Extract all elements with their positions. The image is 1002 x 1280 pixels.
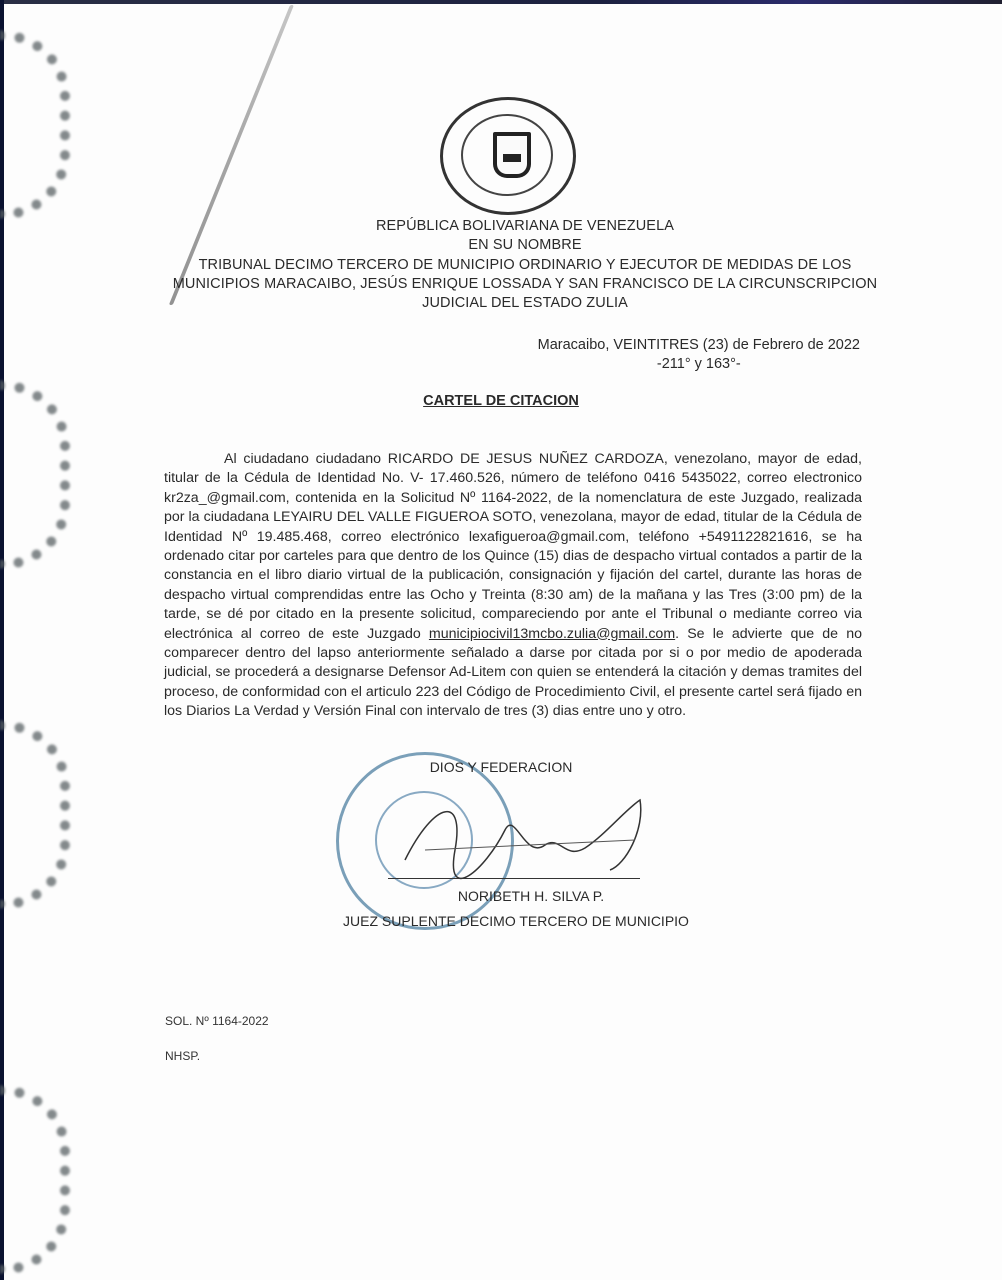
date-line: Maracaibo, VEINTITRES (23) de Febrero de… <box>538 336 860 355</box>
era-line: -211° y 163°- <box>538 355 860 374</box>
date-block: Maracaibo, VEINTITRES (23) de Febrero de… <box>538 336 860 374</box>
document-header: REPÚBLICA BOLIVARIANA DE VENEZUELA EN SU… <box>150 218 900 318</box>
signer-name: NORIBETH H. SILVA P. <box>0 888 1002 904</box>
title-text: CARTEL DE CITACION <box>423 393 579 409</box>
header-en-su-nombre: EN SU NOMBRE <box>150 237 900 253</box>
punch-hole-mark <box>0 30 70 210</box>
scan-top-edge <box>0 0 1002 4</box>
body-paragraph: Al ciudadano ciudadano RICARDO DE JESUS … <box>164 450 862 722</box>
header-municipios: MUNICIPIOS MARACAIBO, JESÚS ENRIQUE LOSS… <box>150 276 900 292</box>
solicitud-ref: SOL. Nº 1164-2022 <box>165 1014 269 1028</box>
document-title: CARTEL DE CITACION <box>0 393 1002 409</box>
punch-hole-mark <box>0 1085 70 1265</box>
header-tribunal: TRIBUNAL DECIMO TERCERO DE MUNICIPIO ORD… <box>150 257 900 273</box>
initials: NHSP. <box>165 1049 200 1063</box>
shield-icon <box>493 132 531 178</box>
seal-inner-ring <box>461 114 553 196</box>
signature-line <box>388 878 640 879</box>
body-text-1: Al ciudadano ciudadano RICARDO DE JESUS … <box>164 451 862 642</box>
header-country: REPÚBLICA BOLIVARIANA DE VENEZUELA <box>150 218 900 234</box>
document-body: Al ciudadano ciudadano RICARDO DE JESUS … <box>164 450 862 722</box>
signer-role: JUEZ SUPLENTE DECIMO TERCERO DE MUNICIPI… <box>0 913 1002 929</box>
closing-formula: DIOS Y FEDERACION <box>0 759 1002 775</box>
punch-hole-mark <box>0 720 70 900</box>
coat-of-arms-seal <box>440 97 576 215</box>
signature-mark <box>395 790 655 880</box>
header-judicial: JUDICIAL DEL ESTADO ZULIA <box>150 295 900 311</box>
court-email-link[interactable]: municipiocivil13mcbo.zulia@gmail.com <box>429 626 675 642</box>
